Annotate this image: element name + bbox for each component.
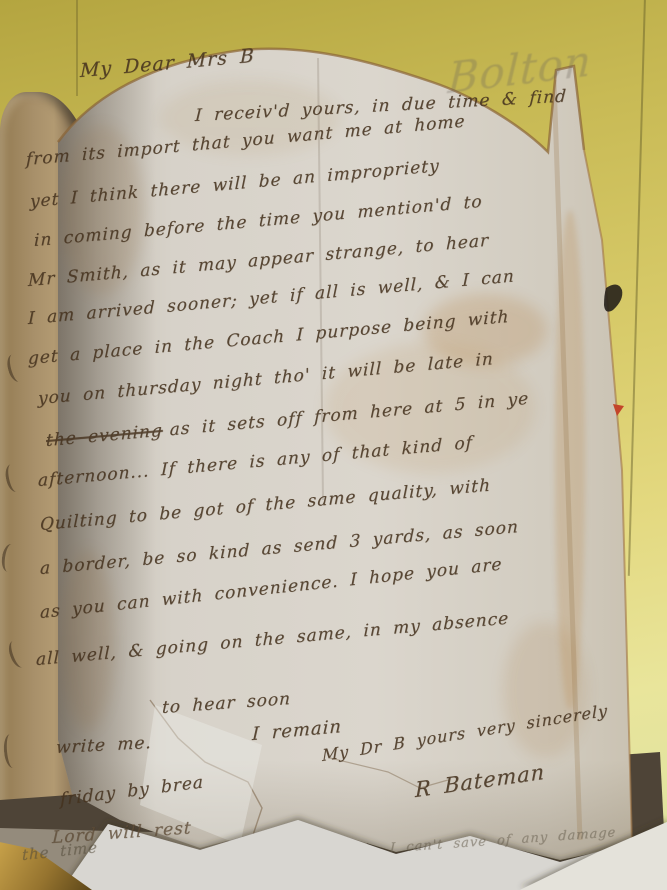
photo-of-handwritten-letter: Bolton My Dear Mrs B I receiv'd yours, i… <box>0 0 667 890</box>
letter-line: write me. <box>56 735 153 757</box>
